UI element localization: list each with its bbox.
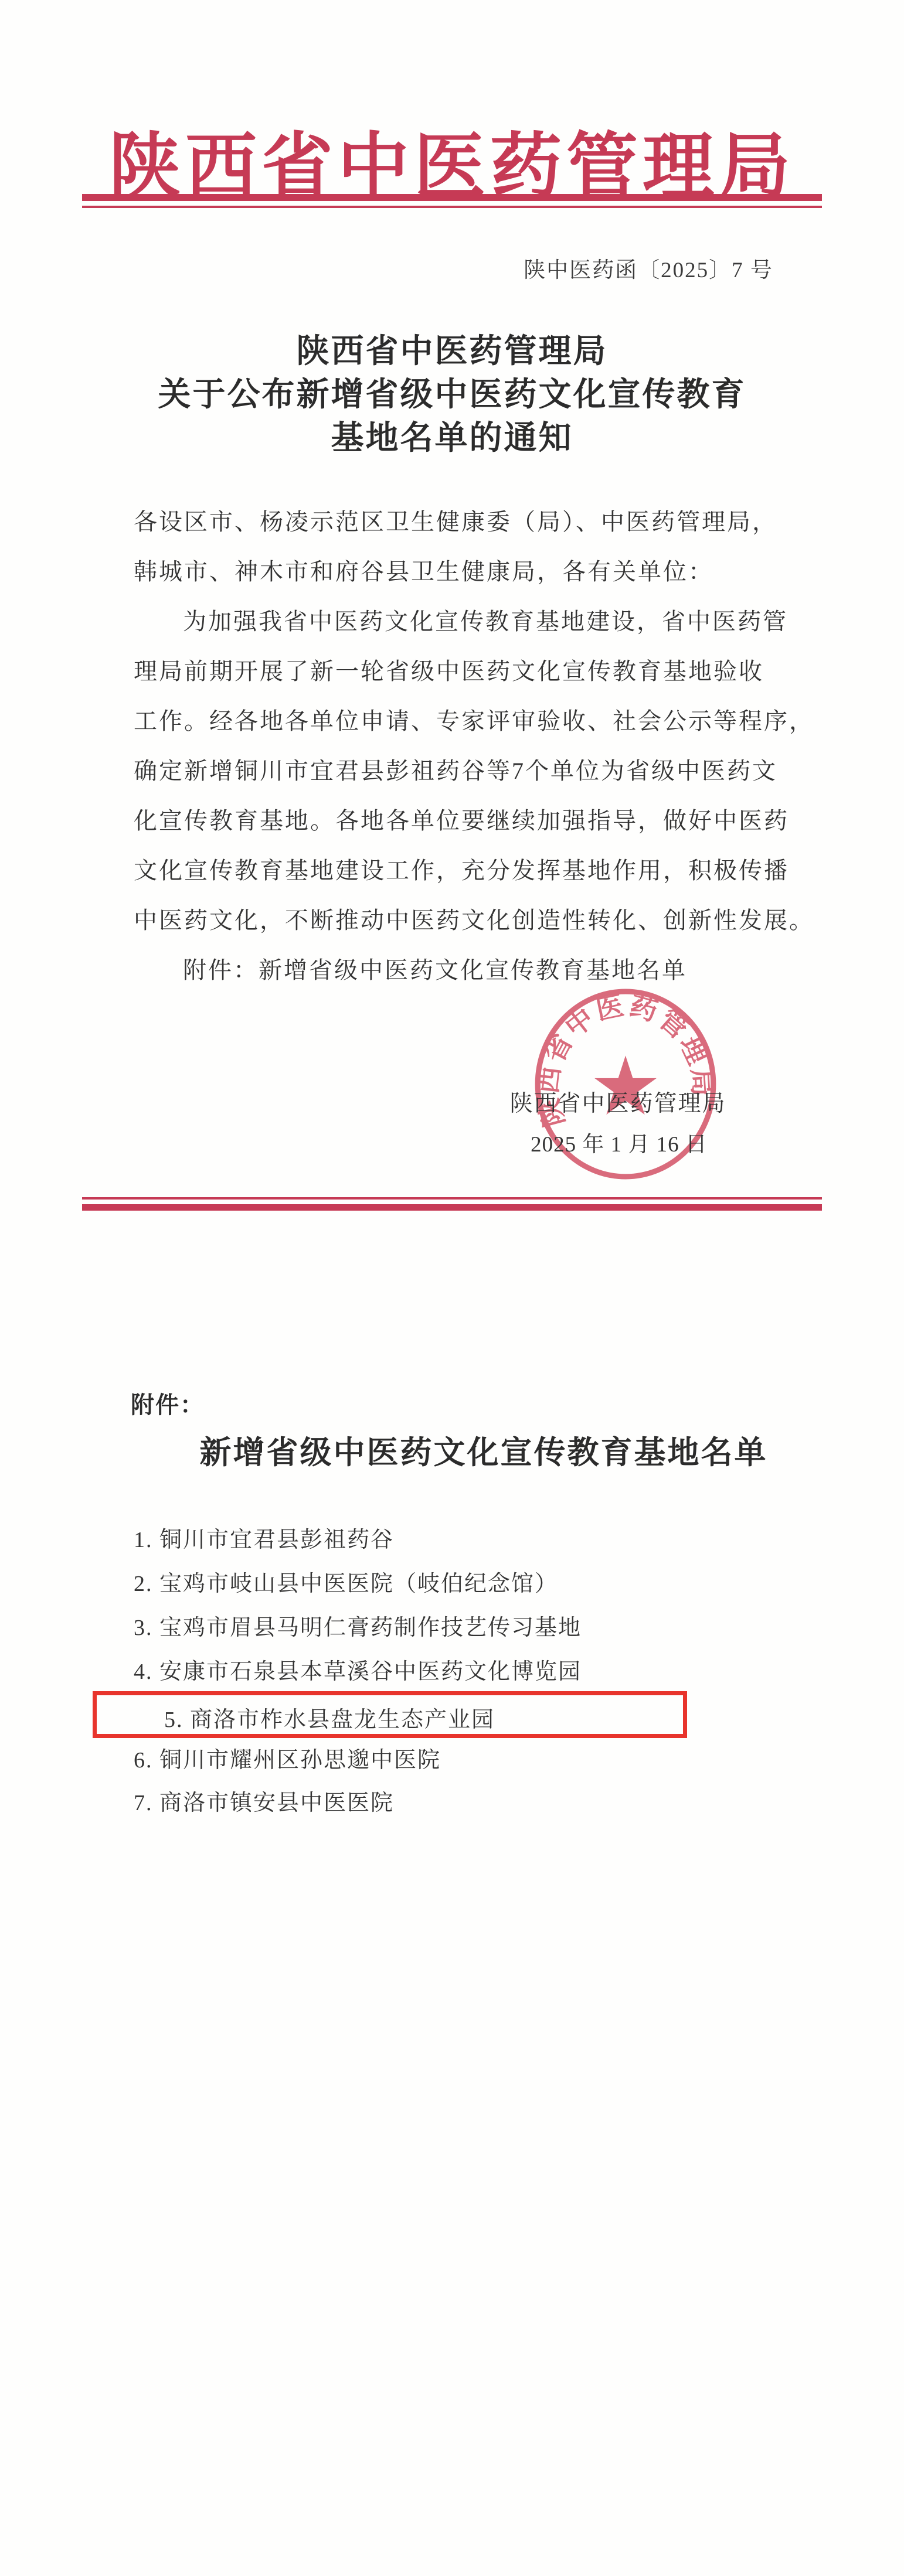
notice-title-line3: 基地名单的通知	[0, 417, 904, 460]
notice-title: 陕西省中医药管理局 关于公布新增省级中医药文化宣传教育 基地名单的通知	[0, 330, 904, 460]
footer-rule-thin	[82, 1197, 822, 1200]
letterhead-rule-thick	[82, 194, 822, 201]
attachment-title: 新增省级中医药文化宣传教育基地名单	[88, 1427, 879, 1473]
document-number: 陕中医药函〔2025〕7 号	[515, 252, 782, 284]
scanned-notice-document: 陕西省中医药管理局 陕中医药函〔2025〕7 号 陕西省中医药管理局 关于公布新…	[0, 0, 904, 2576]
attachment-list-item-4: 4. 安康市石泉县本草溪谷中医药文化博览园	[134, 1653, 582, 1685]
notice-title-line2: 关于公布新增省级中医药文化宣传教育	[0, 373, 904, 417]
body-line: 工作。经各地各单位申请、专家评审验收、社会公示等程序，	[134, 696, 796, 746]
attachment-list-item-2: 2. 宝鸡市岐山县中医医院（岐伯纪念馆）	[134, 1565, 558, 1597]
attachment-list-item-3: 3. 宝鸡市眉县马明仁膏药制作技艺传习基地	[134, 1609, 582, 1641]
attachment-list-item-5-highlighted: 5. 商洛市柞水县盘龙生态产业园	[164, 1701, 495, 1733]
notice-title-line1: 陕西省中医药管理局	[0, 330, 904, 373]
body-line: 为加强我省中医药文化宣传教育基地建设，省中医药管	[134, 597, 796, 646]
body-line: 确定新增铜川市宜君县彭祖药谷等7个单位为省级中医药文	[134, 746, 796, 796]
body-line: 理局前期开展了新一轮省级中医药文化宣传教育基地验收	[134, 646, 796, 696]
attachment-list-item-6: 6. 铜川市耀州区孙思邈中医院	[134, 1742, 441, 1774]
letterhead-rule-thin	[82, 206, 822, 208]
signature-date: 2025 年 1 月 16 日	[516, 1126, 722, 1158]
body-line: 文化宣传教育基地建设工作，充分发挥基地作用，积极传播	[134, 846, 796, 895]
footer-rule-thick	[82, 1204, 822, 1211]
attachment-list-item-7: 7. 商洛市镇安县中医医院	[134, 1784, 394, 1817]
attachment-label: 附件：	[131, 1386, 205, 1420]
body-line: 各设区市、杨凌示范区卫生健康委（局）、中医药管理局，	[134, 497, 796, 547]
body-line: 化宣传教育基地。各地各单位要继续加强指导，做好中医药	[134, 796, 796, 846]
body-line: 韩城市、神木市和府谷县卫生健康局，各有关单位：	[134, 547, 796, 597]
signature-org: 陕西省中医药管理局	[509, 1085, 727, 1118]
body-line: 中医药文化，不断推动中医药文化创造性转化、创新性发展。	[134, 895, 796, 945]
attachment-list-item-1: 1. 铜川市宜君县彭祖药谷	[134, 1521, 394, 1553]
notice-body: 各设区市、杨凌示范区卫生健康委（局）、中医药管理局， 韩城市、神木市和府谷县卫生…	[134, 497, 796, 995]
